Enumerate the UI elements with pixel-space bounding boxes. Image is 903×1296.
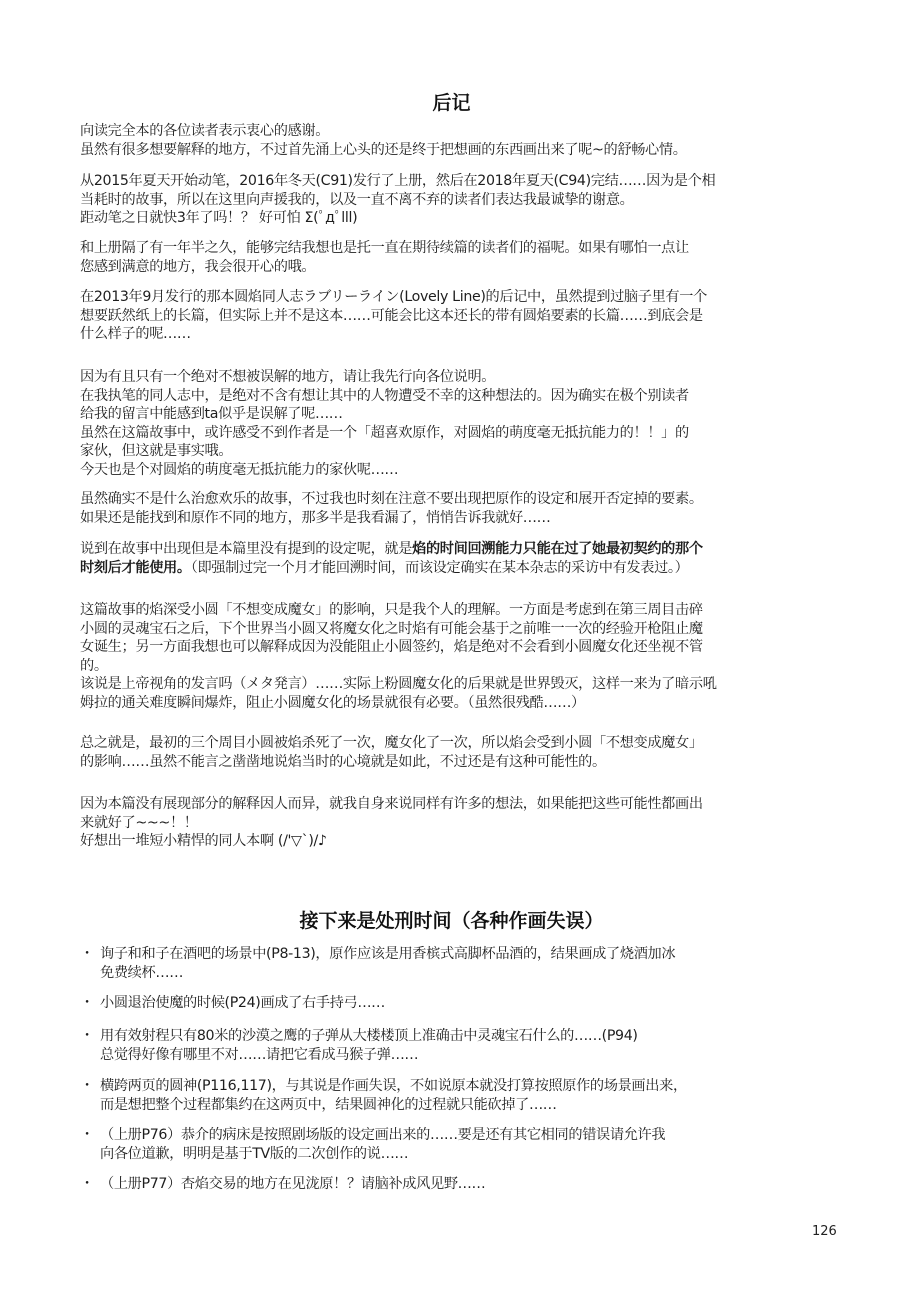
text-line: 当耗时的故事，所以在这里向声援我的，以及一直不离不弃的读者们表达我最诚挚的谢意。	[80, 191, 830, 210]
text-line: 女诞生；另一方面我想也可以解释成因为没能阻止小圆签约，焰是绝对不会看到小圆魔女化…	[80, 638, 830, 657]
text-line: 而是想把整个过程都集约在这两页中，结果圆神化的过程就只能砍掉了……	[100, 1096, 687, 1115]
text-line: 向各位道歉，明明是基于TV版的二次创作的说……	[100, 1145, 665, 1164]
text-line: 虽然有很多想要解释的地方，不过首先涌上心头的还是终于把想画的东西画出来了呢~的舒…	[80, 141, 830, 160]
text-line: 询子和和子在酒吧的场景中(P8-13)，原作应该是用香槟式高脚杯品酒的，结果画成…	[100, 945, 675, 964]
text-line: 姆拉的通关难度瞬间爆炸，阻止小圆魔女化的场景就很有必要。（虽然很残酷……）	[80, 694, 830, 713]
text-line: 家伙，但这就是事实哦。	[80, 442, 830, 461]
paragraph-summary: 总之就是，最初的三个周目小圆被焰杀死了一次，魔女化了一次，所以焰会受到小圆「不想…	[80, 734, 830, 771]
text-line: 向读完全本的各位读者表示衷心的感谢。	[80, 122, 830, 141]
text-normal: 说到在故事中出现但是本篇里没有提到的设定呢，就是	[80, 541, 412, 557]
text-emphasis: 焰的时间回溯能力只能在过了她最初契约的那个	[412, 541, 703, 557]
paragraph-completion: 和上册隔了有一年半之久，能够完结我想也是托一直在期待续篇的读者们的福呢。如果有哪…	[80, 239, 830, 276]
document-page: 后记 向读完全本的各位读者表示衷心的感谢。 虽然有很多想要解释的地方，不过首先涌…	[0, 0, 903, 1296]
text-line: 从2015年夏天开始动笔，2016年冬天(C91)发行了上册，然后在2018年夏…	[80, 172, 830, 191]
bullet-icon: ・	[80, 994, 92, 1013]
text-line: 在我执笔的同人志中，是绝对不含有想让其中的人物遭受不幸的这种想法的。因为确实在极…	[80, 387, 830, 406]
text-line: 的影响……虽然不能言之凿凿地说焰当时的心境就是如此，不过还是有这种可能性的。	[80, 753, 830, 772]
text-line: 因为本篇没有展现部分的解释因人而异，就我自身来说同样有许多的想法，如果能把这些可…	[80, 795, 830, 814]
text-line: （上册P77）杏焰交易的地方在见泷原！？请脑补成风见野……	[100, 1175, 485, 1194]
text-line: 如果还是能找到和原作不同的地方，那多半是我看漏了，悄悄告诉我就好……	[80, 509, 830, 528]
text-line: 距动笔之日就快3年了吗！？ 好可怕 Σ(ﾟдﾟlll)	[80, 209, 830, 228]
text-line: 说到在故事中出现但是本篇里没有提到的设定呢，就是焰的时间回溯能力只能在过了她最初…	[80, 540, 830, 559]
text-line: 时刻后才能使用。（即强制过完一个月才能回溯时间，而该设定确实在某本杂志的采访中有…	[80, 559, 830, 578]
text-line: 总觉得好像有哪里不对……请把它看成马猴子弹……	[100, 1046, 638, 1065]
text-line: 因为有且只有一个绝对不想被误解的地方，请让我先行向各位说明。	[80, 368, 830, 387]
bullet-icon: ・	[80, 1126, 92, 1145]
paragraph-canon-respect: 虽然确实不是什么治愈欢乐的故事，不过我也时刻在注意不要出现把原作的设定和展开否定…	[80, 490, 830, 527]
text-line: 虽然在这篇故事中，或许感受不到作者是一个「超喜欢原作，对圆焰的萌度毫无抵抗能力的…	[80, 424, 830, 443]
text-line: 在2013年9月发行的那本圆焰同人志ラブリーライン(Lovely Line)的后…	[80, 288, 830, 307]
page-number: 126	[812, 1224, 837, 1239]
text-line: 小圆退治使魔的时候(P24)画成了右手持弓……	[100, 994, 385, 1013]
text-line: 想要跃然纸上的长篇，但实际上并不是这本……可能会比这本还长的带有圆焰要素的长篇……	[80, 307, 830, 326]
text-line: 的。	[80, 657, 830, 676]
paragraph-thanks: 向读完全本的各位读者表示衷心的感谢。 虽然有很多想要解释的地方，不过首先涌上心头…	[80, 122, 830, 159]
text-line: 虽然确实不是什么治愈欢乐的故事，不过我也时刻在注意不要出现把原作的设定和展开否定…	[80, 490, 830, 509]
text-line: 该说是上帝视角的发言吗（メタ発言）……实际上粉圆魔女化的后果就是世界毁灭，这样一…	[80, 675, 830, 694]
text-line: 来就好了~~~！！	[80, 814, 830, 833]
text-line: 给我的留言中能感到ta似乎是误解了呢……	[80, 405, 830, 424]
text-line: （上册P76）恭介的病床是按照剧场版的设定画出来的……要是还有其它相同的错误请允…	[100, 1126, 665, 1145]
text-line: 这篇故事的焰深受小圆「不想变成魔女」的影响，只是我个人的理解。一方面是考虑到在第…	[80, 601, 830, 620]
text-line: 免费续杯……	[100, 964, 675, 983]
text-emphasis: 时刻后才能使用。	[80, 560, 191, 576]
paragraph-wishes: 因为本篇没有展现部分的解释因人而异，就我自身来说同样有许多的想法，如果能把这些可…	[80, 795, 830, 851]
paragraph-timeline: 从2015年夏天开始动笔，2016年冬天(C91)发行了上册，然后在2018年夏…	[80, 172, 830, 228]
bullet-icon: ・	[80, 1175, 92, 1194]
text-line: 和上册隔了有一年半之久，能够完结我想也是托一直在期待续篇的读者们的福呢。如果有哪…	[80, 239, 830, 258]
text-line: 总之就是，最初的三个周目小圆被焰杀死了一次，魔女化了一次，所以焰会受到小圆「不想…	[80, 734, 830, 753]
text-line: 您感到满意的地方，我会很开心的哦。	[80, 258, 830, 277]
text-line: 小圆的灵魂宝石之后，下个世界当小圆又将魔女化之时焰有可能会基于之前唯一一次的经验…	[80, 620, 830, 639]
text-line: 什么样子的呢……	[80, 325, 830, 344]
paragraph-time-rewind-setting: 说到在故事中出现但是本篇里没有提到的设定呢，就是焰的时间回溯能力只能在过了她最初…	[80, 540, 830, 577]
text-line: 好想出一堆短小精悍的同人本啊 (/'▽`)/♪	[80, 832, 830, 851]
errata-title: 接下来是处刑时间（各种作画失误）	[0, 906, 903, 933]
bullet-icon: ・	[80, 1027, 92, 1046]
text-line: 用有效射程只有80米的沙漠之鹰的子弹从大楼楼顶上准确击中灵魂宝石什么的……(P9…	[100, 1027, 638, 1046]
paragraph-lovely-line: 在2013年9月发行的那本圆焰同人志ラブリーライン(Lovely Line)的后…	[80, 288, 830, 344]
afterword-title: 后记	[0, 88, 903, 115]
text-line: 今天也是个对圆焰的萌度毫无抵抗能力的家伙呢……	[80, 461, 830, 480]
paragraph-homura-interpretation: 这篇故事的焰深受小圆「不想变成魔女」的影响，只是我个人的理解。一方面是考虑到在第…	[80, 601, 830, 713]
bullet-icon: ・	[80, 945, 92, 964]
text-line: 横跨两页的圆神(P116,117)，与其说是作画失误，不如说原本就没打算按照原作…	[100, 1077, 687, 1096]
paragraph-misunderstanding: 因为有且只有一个绝对不想被误解的地方，请让我先行向各位说明。 在我执笔的同人志中…	[80, 368, 830, 480]
text-normal: （即强制过完一个月才能回溯时间，而该设定确实在某本杂志的采访中有发表过。）	[191, 560, 689, 576]
bullet-icon: ・	[80, 1077, 92, 1096]
